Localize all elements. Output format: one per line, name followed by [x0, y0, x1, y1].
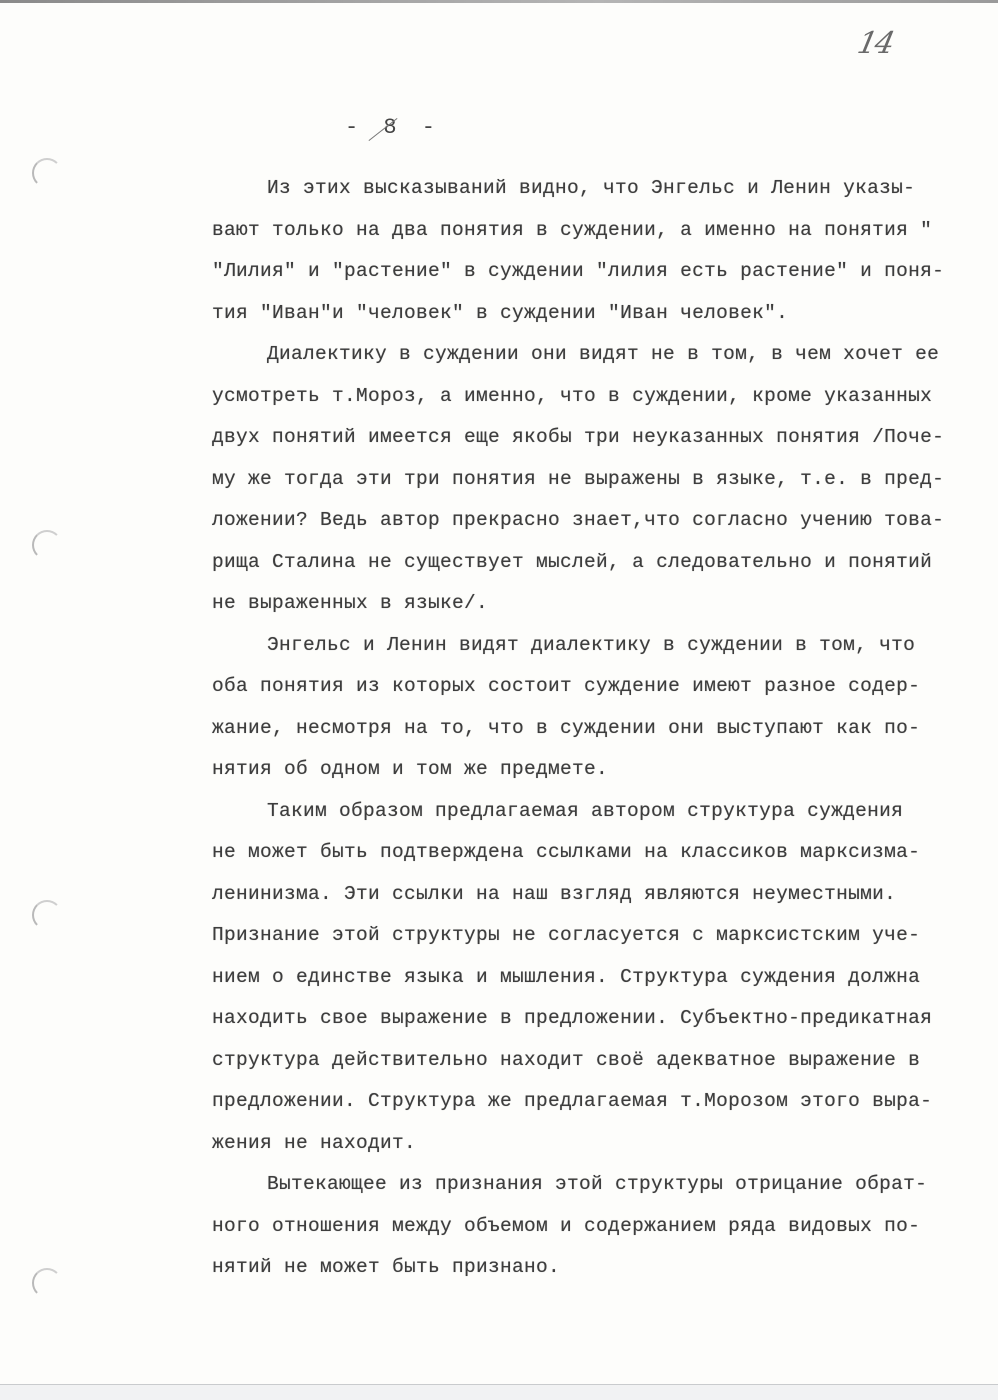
- punch-hole-mark: [32, 158, 62, 188]
- text-line: вают только на два понятия в суждении, а…: [212, 210, 952, 252]
- punch-hole-mark: [32, 530, 62, 560]
- text-line: нятий не может быть признано.: [212, 1247, 952, 1289]
- text-line: жения не находит.: [212, 1123, 952, 1165]
- typed-page-number: - 8 -: [345, 115, 441, 140]
- scan-bottom-edge: [0, 1384, 998, 1400]
- text-line: предложении. Структура же предлагаемая т…: [212, 1081, 952, 1123]
- text-line: находить свое выражение в предложении. С…: [212, 998, 952, 1040]
- text-line: структура действительно находит своё аде…: [212, 1040, 952, 1082]
- paragraph-5: Вытекающее из признания этой структуры о…: [212, 1164, 952, 1289]
- punch-hole-mark: [32, 1268, 62, 1298]
- document-body: Из этих высказываний видно, что Энгельс …: [212, 168, 952, 1289]
- paragraph-2: Диалектику в суждении они видят не в том…: [212, 334, 952, 625]
- text-line: Энгельс и Ленин видят диалектику в сужде…: [212, 625, 952, 667]
- text-line: рища Сталина не существует мыслей, а сле…: [212, 542, 952, 584]
- text-line: "Лилия" и "растение" в суждении "лилия е…: [212, 251, 952, 293]
- punch-hole-mark: [32, 900, 62, 930]
- text-line: усмотреть т.Мороз, а именно, что в сужде…: [212, 376, 952, 418]
- text-line: тия "Иван"и "человек" в суждении "Иван ч…: [212, 293, 952, 335]
- scan-top-edge: [0, 0, 998, 3]
- text-line: Таким образом предлагаемая автором струк…: [212, 791, 952, 833]
- text-line: ленинизма. Эти ссылки на наш взгляд явля…: [212, 874, 952, 916]
- text-line: двух понятий имеется еще якобы три неука…: [212, 417, 952, 459]
- paragraph-3: Энгельс и Ленин видят диалектику в сужде…: [212, 625, 952, 791]
- text-line: оба понятия из которых состоит суждение …: [212, 666, 952, 708]
- text-line: ложении? Ведь автор прекрасно знает,что …: [212, 500, 952, 542]
- text-line: нятия об одном и том же предмете.: [212, 749, 952, 791]
- text-line: Признание этой структуры не согласуется …: [212, 915, 952, 957]
- text-line: не выраженных в языке/.: [212, 583, 952, 625]
- text-line: не может быть подтверждена ссылками на к…: [212, 832, 952, 874]
- text-line: ного отношения между объемом и содержани…: [212, 1206, 952, 1248]
- paragraph-1: Из этих высказываний видно, что Энгельс …: [212, 168, 952, 334]
- archive-sheet-number: 14: [854, 26, 896, 61]
- text-line: Вытекающее из признания этой структуры о…: [212, 1164, 952, 1206]
- typed-page-number-text: - 8 -: [345, 115, 441, 140]
- text-line: жание, несмотря на то, что в суждении он…: [212, 708, 952, 750]
- text-line: Диалектику в суждении они видят не в том…: [212, 334, 952, 376]
- text-line: му же тогда эти три понятия не выражены …: [212, 459, 952, 501]
- paragraph-4: Таким образом предлагаемая автором струк…: [212, 791, 952, 1165]
- text-line: Из этих высказываний видно, что Энгельс …: [212, 168, 952, 210]
- text-line: нием о единстве языка и мышления. Структ…: [212, 957, 952, 999]
